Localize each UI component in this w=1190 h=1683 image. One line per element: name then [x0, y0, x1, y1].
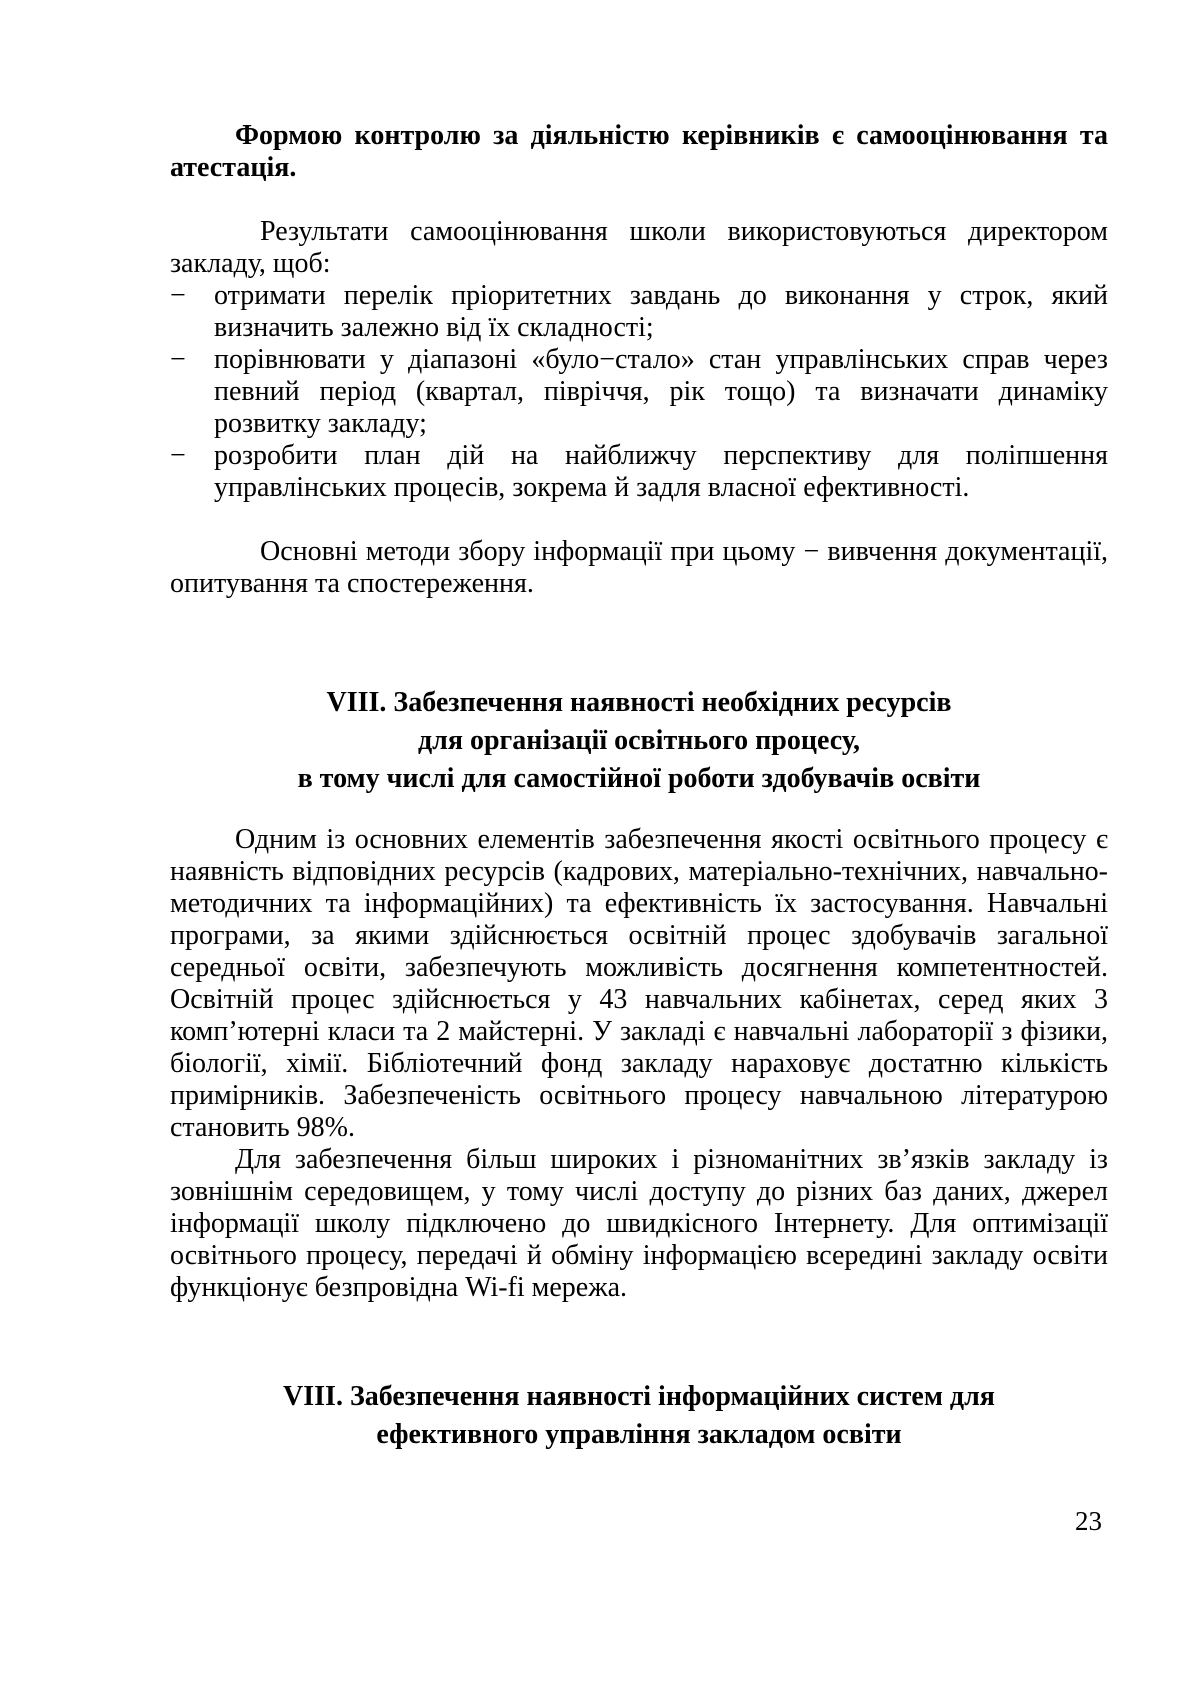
paragraph-resources-overview: Одним із основних елементів забезпечення… — [170, 824, 1108, 1144]
paragraph-self-evaluation-results: Результати самооцінювання школи використ… — [170, 216, 1108, 280]
heading-line: ефективного управління закладом освіти — [170, 1416, 1108, 1454]
section-heading-information-systems: VIII. Забезпечення наявності інформаційн… — [170, 1378, 1108, 1454]
paragraph-internet-access: Для забезпечення більш широких і різнома… — [170, 1144, 1108, 1304]
paragraph-control-form: Формою контролю за діяльністю керівників… — [170, 120, 1108, 184]
dash-bullet-marker: − — [170, 280, 214, 312]
list-item: − порівнювати у діапазоні «було−стало» с… — [170, 344, 1108, 440]
heading-line: VIII. Забезпечення наявності інформаційн… — [170, 1378, 1108, 1416]
heading-line: VIII. Забезпечення наявності необхідних … — [170, 684, 1108, 722]
dash-bullet-marker: − — [170, 440, 214, 472]
heading-line: в тому числі для самостійної роботи здоб… — [170, 760, 1108, 798]
list-item: − отримати перелік пріоритетних завдань … — [170, 280, 1108, 344]
list-item-text: розробити план дій на найближчу перспект… — [214, 440, 1108, 504]
list-item-text: порівнювати у діапазоні «було−стало» ста… — [214, 344, 1108, 440]
heading-line: для організації освітнього процесу, — [170, 722, 1108, 760]
bullet-list: − отримати перелік пріоритетних завдань … — [170, 280, 1108, 504]
paragraph-methods: Основні методи збору інформації при цьом… — [170, 536, 1108, 600]
list-item: − розробити план дій на найближчу перспе… — [170, 440, 1108, 504]
page-number: 23 — [1075, 1505, 1102, 1537]
dash-bullet-marker: − — [170, 344, 214, 376]
section-heading-resources: VIII. Забезпечення наявності необхідних … — [170, 684, 1108, 798]
document-page: Формою контролю за діяльністю керівників… — [0, 0, 1190, 1683]
list-item-text: отримати перелік пріоритетних завдань до… — [214, 280, 1108, 344]
